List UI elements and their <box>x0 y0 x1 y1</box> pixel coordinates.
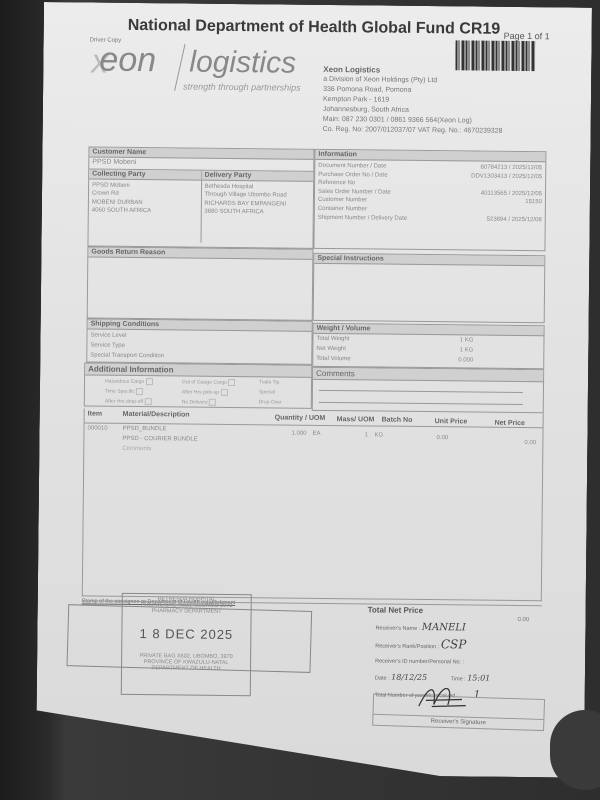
stamp-line: DEPARTMENT OF HEALTH <box>122 665 250 672</box>
weight-value: 1 KG <box>460 335 474 345</box>
col-net-price: Net Price <box>495 420 525 427</box>
option-after-hrs-dropoff[interactable]: After Hrs drop-off <box>105 398 182 406</box>
option-drop-over[interactable]: Drop Over <box>259 399 305 406</box>
signature-box[interactable]: Receiver's Signature <box>372 694 545 731</box>
company-address: Xeon Logistics a Division of Xeon Holdin… <box>323 65 504 137</box>
receiver-id-label: Receiver's ID number/Personal No. : <box>375 659 464 666</box>
signature-label: Receiver's Signature <box>373 714 543 730</box>
info-value: 523894 / 2025/12/08 <box>487 215 542 224</box>
weight-label: Total Weight <box>316 334 349 344</box>
info-value: DDV1303413 / 2025/12/05 <box>471 172 542 181</box>
col-item: Item <box>88 410 102 417</box>
option-label: No Delivery <box>182 399 208 405</box>
checkbox[interactable] <box>228 379 235 386</box>
total-net-price-label: Total Net Price <box>368 605 424 615</box>
checkbox[interactable] <box>220 389 227 396</box>
item-material: PPSD_BUNDLE <box>123 426 167 432</box>
weight-value: 0.000 <box>458 355 473 365</box>
signature-scribble-icon <box>414 682 475 710</box>
checkbox[interactable] <box>144 398 151 405</box>
option-label: After Hrs drop-off <box>105 398 143 404</box>
stamp-date: 1 8 DEC 2025 <box>122 626 250 642</box>
info-value: 40113565 / 2025/12/05 <box>481 189 542 198</box>
shipping-row: Special Transport Condition <box>90 351 308 363</box>
weight-value: 1 KG <box>460 345 474 355</box>
option-label: Out of Gauge Cargo <box>182 379 227 385</box>
information-section: Information Document Number / Date807842… <box>313 149 546 251</box>
delivery-party: Delivery Party Bethesda Hospital Through… <box>201 170 313 243</box>
goods-return-section: Goods Return Reason <box>87 246 314 320</box>
receiver-time-label: Time : <box>451 676 466 682</box>
special-instructions-header: Special Instructions <box>314 254 544 266</box>
item-description: PPSD - COURIER BUNDLE <box>122 436 197 443</box>
comments-section: Comments <box>312 367 544 413</box>
thumb-shadow <box>550 710 600 790</box>
checkbox[interactable] <box>136 388 143 395</box>
checkbox[interactable] <box>146 378 153 385</box>
info-label: Shipment Number / Delivery Date <box>318 213 407 223</box>
receiver-rank-value: CSP <box>441 637 467 651</box>
option-label: Time Specific <box>105 388 135 394</box>
option-out-of-gauge[interactable]: Out of Gauge Cargo <box>182 378 259 386</box>
col-quantity: Quantity / UOM <box>275 414 326 422</box>
delivery-note-paper: National Department of Health Global Fun… <box>36 2 592 778</box>
collecting-party: Collecting Party PPSD Mobeni Crown Rd MO… <box>88 169 201 242</box>
info-label: Reference No <box>318 179 355 188</box>
receiver-rank-label: Receiver's Rank/Position : <box>375 644 439 651</box>
item-unit-price: 0.00 <box>436 435 448 441</box>
address-line: 4060 SOUTH AFRICA <box>92 207 198 217</box>
company-line: Co. Reg. No: 2007/012037/07 VAT Reg. No.… <box>323 125 503 137</box>
weight-volume-section: Weight / Volume Total Weight1 KG Net Wei… <box>312 323 544 369</box>
document-title: National Department of Health Global Fun… <box>128 17 501 39</box>
weight-label: Net Weight <box>316 344 346 354</box>
checkbox[interactable] <box>209 399 216 406</box>
items-table: Item Material/Description Quantity / UOM… <box>82 408 544 601</box>
option-no-delivery[interactable]: No Delivery <box>182 398 259 406</box>
customer-section: Customer Name PPSD Mobeni Collecting Par… <box>87 146 314 248</box>
item-quantity: 1.000 <box>291 431 306 437</box>
comment-line <box>319 402 523 405</box>
info-value: 15150 <box>525 198 542 207</box>
item-number: 000010 <box>88 425 108 431</box>
logo-word-eon: eon <box>99 41 156 81</box>
hospital-stamp: BETHESDA HOSPITAL PRIVATE BAG X602, UBOM… <box>121 593 252 696</box>
receiver-id-row: Receiver's ID number/Personal No. : <box>375 655 545 672</box>
item-net-price: 0.00 <box>524 440 536 446</box>
receiver-name-value: MANELI <box>422 622 466 633</box>
option-tuala-tip[interactable]: Tuala Tip <box>259 379 305 386</box>
col-material: Material/Description <box>123 411 190 419</box>
address-line: 3880 SOUTH AFRICA <box>204 208 310 218</box>
option-hazardous-cargo[interactable]: Hazardous Cargo <box>105 378 182 386</box>
weight-label: Total Volume <box>316 354 350 364</box>
option-after-hrs-pickup[interactable]: After Hrs pick-up <box>182 388 259 396</box>
receiver-name-label: Receiver's Name : <box>375 626 420 632</box>
option-time-specific[interactable]: Time Specific <box>105 388 182 396</box>
additional-information-section: Additional Information Hazardous Cargo O… <box>84 362 312 408</box>
item-comments: Comments <box>122 446 151 452</box>
receiver-name-row: Receiver's Name : MANELI <box>375 620 545 639</box>
col-mass: Mass/ UOM <box>337 416 375 423</box>
logo-word-logistics: logistics <box>189 46 296 81</box>
goods-return-header: Goods Return Reason <box>88 247 312 259</box>
table-row: 000010 PPSD_BUNDLE PPSD - COURIER BUNDLE… <box>84 423 542 468</box>
shipping-conditions-section: Shipping Conditions Service Level Servic… <box>86 318 312 364</box>
col-unit-price: Unit Price <box>435 418 468 425</box>
receiver-date-value: 18/12/25 <box>391 673 427 682</box>
page-indicator: Page 1 of 1 <box>504 31 550 41</box>
option-label: Hazardous Cargo <box>105 378 144 384</box>
receiver-rank-row: Receiver's Rank/Position : CSP <box>375 637 545 657</box>
item-mass: 1 <box>364 432 367 438</box>
weight-row: Total Volume0.000 <box>313 354 543 366</box>
option-label: After Hrs pick-up <box>182 389 219 395</box>
item-mass-uom: KG <box>374 432 383 438</box>
comment-line <box>319 390 523 393</box>
option-special[interactable]: Special <box>259 389 305 396</box>
receiver-time-value: 15:01 <box>467 673 490 682</box>
col-batch: Batch No <box>382 417 413 424</box>
item-uom: EA <box>312 431 320 437</box>
info-row: Shipment Number / Delivery Date523894 / … <box>315 213 545 224</box>
comments-header: Comments <box>313 368 543 382</box>
logo-tagline: strength through partnerships <box>183 81 301 92</box>
receiver-date-label: Date : <box>375 676 390 682</box>
special-instructions-section: Special Instructions <box>313 253 546 323</box>
